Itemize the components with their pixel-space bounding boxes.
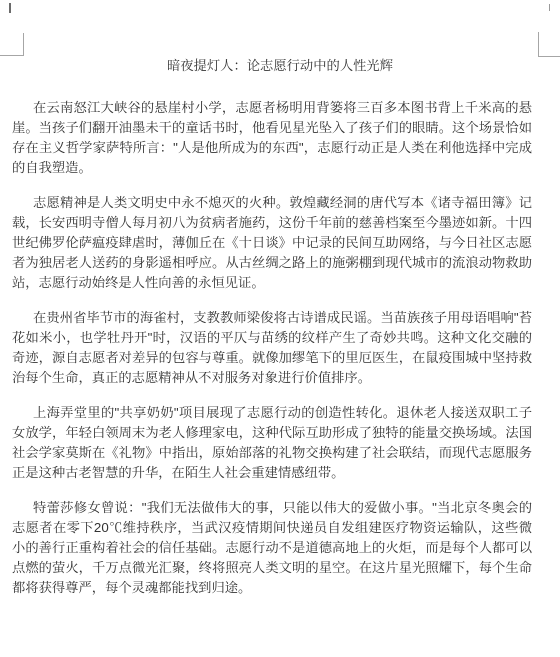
- page-edge-tick-right: [549, 4, 550, 11]
- document-page: 暗夜提灯人：论志愿行动中的人性光辉 在云南怒江大峡谷的悬崖村小学，志愿者杨明用背…: [0, 0, 560, 657]
- document-title: 暗夜提灯人：论志愿行动中的人性光辉: [0, 0, 560, 74]
- paragraph-volunteer-cliff-school: 在云南怒江大峡谷的悬崖村小学，志愿者杨明用背篓将三百多本图书背上千米高的悬崖。当…: [12, 98, 532, 178]
- document-body: 在云南怒江大峡谷的悬崖村小学，志愿者杨明用背篓将三百多本图书背上千米高的悬崖。当…: [12, 98, 532, 598]
- paragraph-shanghai-sharing-grandma: 上海弄堂里的"共享奶奶"项目展现了志愿行动的创造性转化。退休老人接送双职工子女放…: [12, 403, 532, 483]
- page-edge-tick-left: [9, 3, 11, 13]
- paragraph-conclusion: 特蕾莎修女曾说："我们无法做伟大的事，只能以伟大的爱做小事。"当北京冬奥会的志愿…: [12, 498, 532, 598]
- paragraph-guizhou-teaching: 在贵州省毕节市的海雀村，支教教师梁俊将古诗谱成民谣。当苗族孩子用母语唱响"苔花如…: [12, 308, 532, 388]
- paragraph-volunteer-history: 志愿精神是人类文明史中永不熄灭的火种。敦煌藏经洞的唐代写本《诸寺福田簿》记载，长…: [12, 193, 532, 293]
